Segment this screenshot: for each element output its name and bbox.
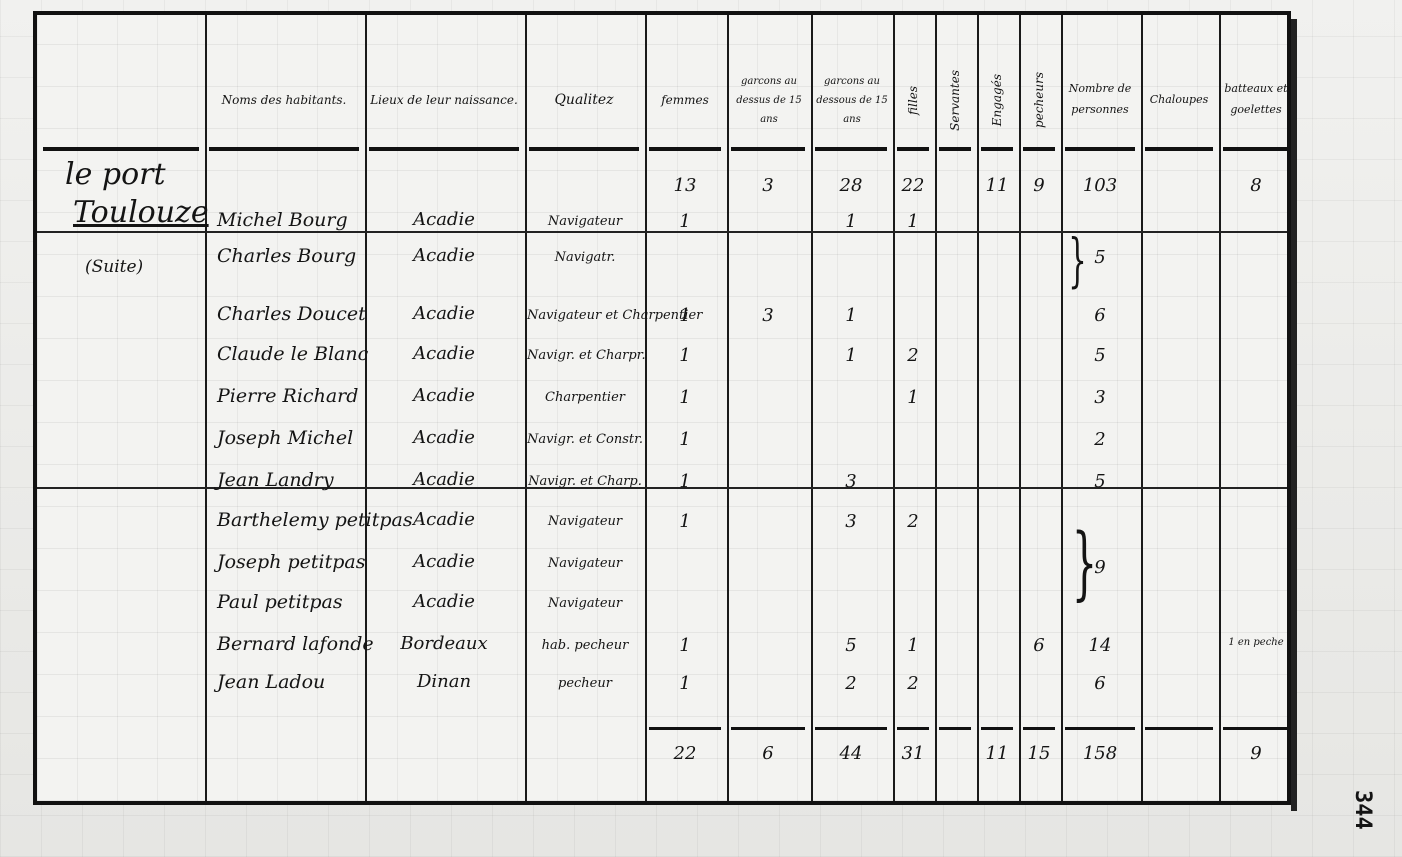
count-nombre: 3 [1065,387,1135,408]
totals-rule [1223,727,1289,730]
resident-name: Charles Doucet [217,303,366,325]
header-rule [897,147,929,151]
bracket-group-2: } [1072,523,1097,603]
carried-forward-nombre: 103 [1065,175,1135,196]
occupation: Navigateur [527,596,643,611]
birthplace: Acadie [369,551,519,572]
count-femmes: 1 [649,471,721,492]
header-rule [649,147,721,151]
totals-rule [981,727,1013,730]
count-garcons-dessous: 3 [815,471,887,492]
column-divider [935,15,937,801]
resident-name: Charles Bourg [217,245,356,267]
resident-name: Michel Bourg [217,209,348,231]
count-filles: 2 [897,673,929,694]
resident-name: Joseph Michel [217,427,353,449]
birthplace: Acadie [369,509,519,530]
count-nombre: 5 [1065,471,1135,492]
resident-name: Joseph petitpas [217,551,365,573]
total-nombre: 158 [1065,743,1135,764]
header-rule [1065,147,1135,151]
resident-name: Jean Ladou [217,671,325,693]
header-rule [731,147,805,151]
occupation: Navigateur [527,556,643,571]
count-garcons-dessous: 1 [815,305,887,326]
count-filles: 2 [897,345,929,366]
column-divider [205,15,207,801]
header-rule [209,147,359,151]
count-femmes: 1 [649,511,721,532]
birthplace: Acadie [369,245,519,266]
count-nombre: 14 [1065,635,1135,656]
carried-forward-garcons-dessous: 28 [815,175,887,196]
carried-forward-batteaux: 8 [1223,175,1289,196]
header-chaloupes: Chaloupes [1145,55,1213,145]
header-quality: Qualitez [529,55,639,145]
count-garcons-dessous: 1 [815,211,887,232]
column-divider [1061,15,1063,801]
page-number: 344 [1350,790,1375,830]
header-rule [1223,147,1289,151]
carried-forward-filles: 22 [897,175,929,196]
count-filles: 2 [897,511,929,532]
count-femmes: 1 [649,673,721,694]
count-garcons-dessous: 3 [815,511,887,532]
count-garcons-dessous: 5 [815,635,887,656]
occupation: Navigateur [527,514,643,529]
count-pecheurs: 6 [1023,635,1055,656]
header-filles: filles [897,55,929,145]
totals-rule [939,727,971,730]
header-names: Noms des habitants. [209,55,359,145]
header-rule [1023,147,1055,151]
header-rule [369,147,519,151]
occupation: Navigatr. [527,250,643,265]
column-divider [893,15,895,801]
column-divider [645,15,647,801]
column-divider [1141,15,1143,801]
occupation: Navigateur [527,214,643,229]
count-nombre: 2 [1065,429,1135,450]
occupation: Charpentier [527,390,643,405]
header-servantes: Servantes [939,55,971,145]
total-garcons-dessous: 44 [815,743,887,764]
count-nombre: 5 [1065,345,1135,366]
count-garcons-dessous: 1 [815,345,887,366]
bracket-group-1: } [1068,231,1086,289]
totals-rule [731,727,805,730]
birthplace: Acadie [369,343,519,364]
totals-rule [1065,727,1135,730]
header-garcons-dessous: garcons au dessous de 15 ans [813,55,891,145]
count-filles: 1 [897,387,929,408]
count-batteaux: 1 en peche [1223,637,1289,648]
header-rule [939,147,971,151]
total-engages: 11 [981,743,1013,764]
column-divider [1019,15,1021,801]
carried-forward-engages: 11 [981,175,1013,196]
occupation: hab. pecheur [527,638,643,653]
totals-rule [815,727,887,730]
header-nombre: Nombre de personnes [1065,55,1135,145]
count-femmes: 1 [649,305,721,326]
header-rule [981,147,1013,151]
location-note: (Suite) [85,257,143,277]
header-pecheurs: pecheurs [1023,55,1055,145]
header-batteaux: batteaux et goelettes [1223,55,1289,145]
totals-rule [649,727,721,730]
location-line2: Toulouze [73,195,209,230]
birthplace: Acadie [369,303,519,324]
birthplace: Acadie [369,427,519,448]
column-divider [977,15,979,801]
totals-rule [897,727,929,730]
census-table: Noms des habitants. Lieux de leur naissa… [33,11,1291,805]
count-filles: 1 [897,635,929,656]
total-garcons-dessus: 6 [731,743,805,764]
birthplace: Dinan [369,671,519,692]
count-femmes: 1 [649,345,721,366]
totals-rule [1023,727,1055,730]
header-rule [529,147,639,151]
total-filles: 31 [897,743,929,764]
header-rule [43,147,199,151]
total-femmes: 22 [649,743,721,764]
birthplace: Bordeaux [369,633,519,654]
occupation: Navigateur et Charpentier [527,308,643,323]
birthplace: Acadie [369,591,519,612]
carried-forward-pecheurs: 9 [1023,175,1055,196]
count-filles: 1 [897,211,929,232]
count-femmes: 1 [649,635,721,656]
occupation: pecheur [527,676,643,691]
header-rule [1145,147,1213,151]
header-engages: Engagés [981,55,1013,145]
occupation: Navigr. et Charpr. [527,348,643,363]
header-birthplace: Lieux de leur naissance. [369,55,519,145]
birthplace: Acadie [369,385,519,406]
carried-forward-femmes: 13 [649,175,721,196]
birthplace: Acadie [369,469,519,490]
resident-name: Paul petitpas [217,591,343,613]
column-divider [1219,15,1221,801]
header-garcons-dessus: garcons au dessus de 15 ans [729,55,809,145]
total-batteaux: 9 [1223,743,1289,764]
count-femmes: 1 [649,387,721,408]
resident-name: Jean Landry [217,469,334,491]
count-garcons-dessus: 3 [731,305,805,326]
total-pecheurs: 15 [1023,743,1055,764]
resident-name: Bernard lafonde [217,633,374,655]
carried-forward-garcons-dessus: 3 [731,175,805,196]
resident-name: Claude le Blanc [217,343,368,365]
count-nombre: 6 [1065,673,1135,694]
occupation: Navigr. et Constr. [527,432,643,447]
occupation: Navigr. et Charp. [527,474,643,489]
birthplace: Acadie [369,209,519,230]
resident-name: Pierre Richard [217,385,358,407]
location-line1: le port [65,157,166,192]
count-femmes: 1 [649,429,721,450]
column-divider [365,15,367,801]
header-rule [815,147,887,151]
count-femmes: 1 [649,211,721,232]
count-garcons-dessous: 2 [815,673,887,694]
totals-rule [1145,727,1213,730]
header-femmes: femmes [649,55,721,145]
count-nombre: 6 [1065,305,1135,326]
